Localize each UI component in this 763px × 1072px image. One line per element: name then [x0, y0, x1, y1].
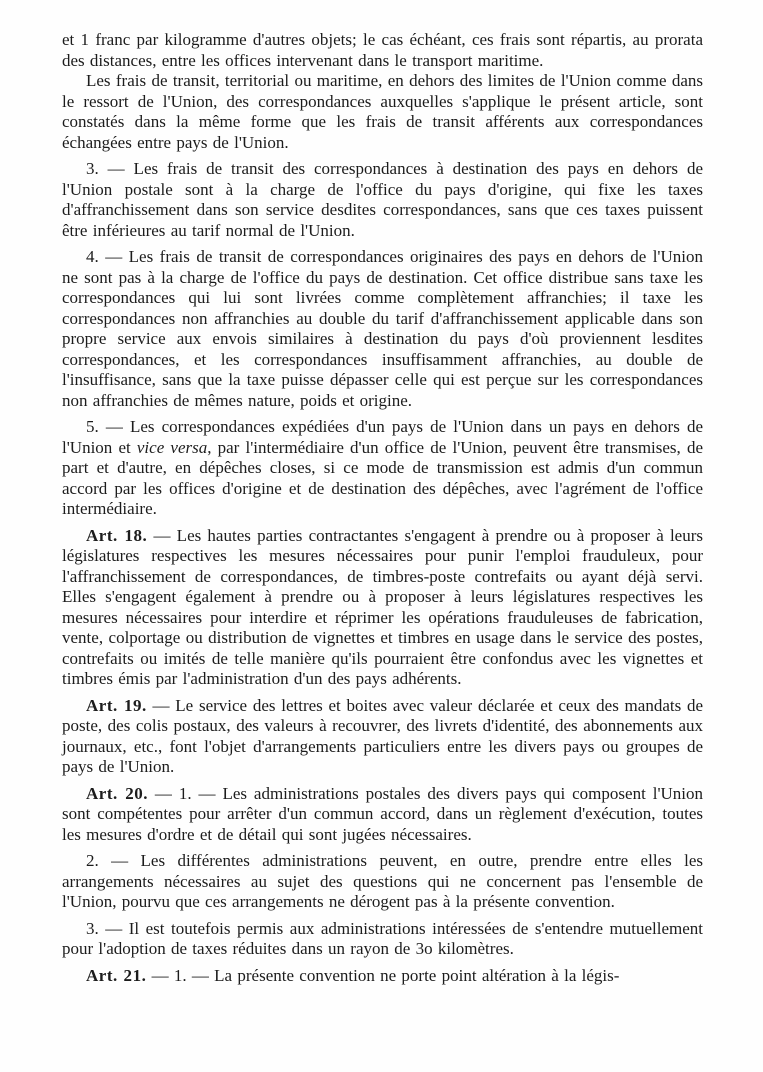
paragraph-clause-5: 5. — Les correspondances expédiées d'un …	[62, 417, 703, 520]
article-18: Art. 18. — Les hautes parties contractan…	[62, 526, 703, 690]
article-21: Art. 21. — 1. — La présente convention n…	[62, 966, 703, 987]
article-20-label: Art. 20.	[86, 784, 148, 803]
article-18-body: — Les hautes parties contractantes s'eng…	[62, 526, 703, 689]
article-21-label: Art. 21.	[86, 966, 146, 985]
article-19: Art. 19. — Le service des lettres et boi…	[62, 696, 703, 778]
document-page: et 1 franc par kilogramme d'autres objet…	[0, 0, 763, 1072]
vice-versa-italic: vice versa	[137, 438, 207, 457]
paragraph-transport-maritime: et 1 franc par kilogramme d'autres objet…	[62, 30, 703, 71]
paragraph-frais-transit: Les frais de transit, territorial ou mar…	[62, 71, 703, 153]
article-18-label: Art. 18.	[86, 526, 147, 545]
paragraph-clause-4: 4. — Les frais de transit de corresponda…	[62, 247, 703, 411]
article-20-body: — 1. — Les administrations postales des …	[62, 784, 703, 844]
article-21-body: — 1. — La présente convention ne porte p…	[146, 966, 619, 985]
article-19-body: — Le service des lettres et boites avec …	[62, 696, 703, 777]
paragraph-clause-3: 3. — Les frais de transit des correspond…	[62, 159, 703, 241]
article-19-label: Art. 19.	[86, 696, 147, 715]
article-20: Art. 20. — 1. — Les administrations post…	[62, 784, 703, 846]
paragraph-20-clause-2: 2. — Les différentes administrations peu…	[62, 851, 703, 913]
paragraph-20-clause-3: 3. — Il est toutefois permis aux adminis…	[62, 919, 703, 960]
